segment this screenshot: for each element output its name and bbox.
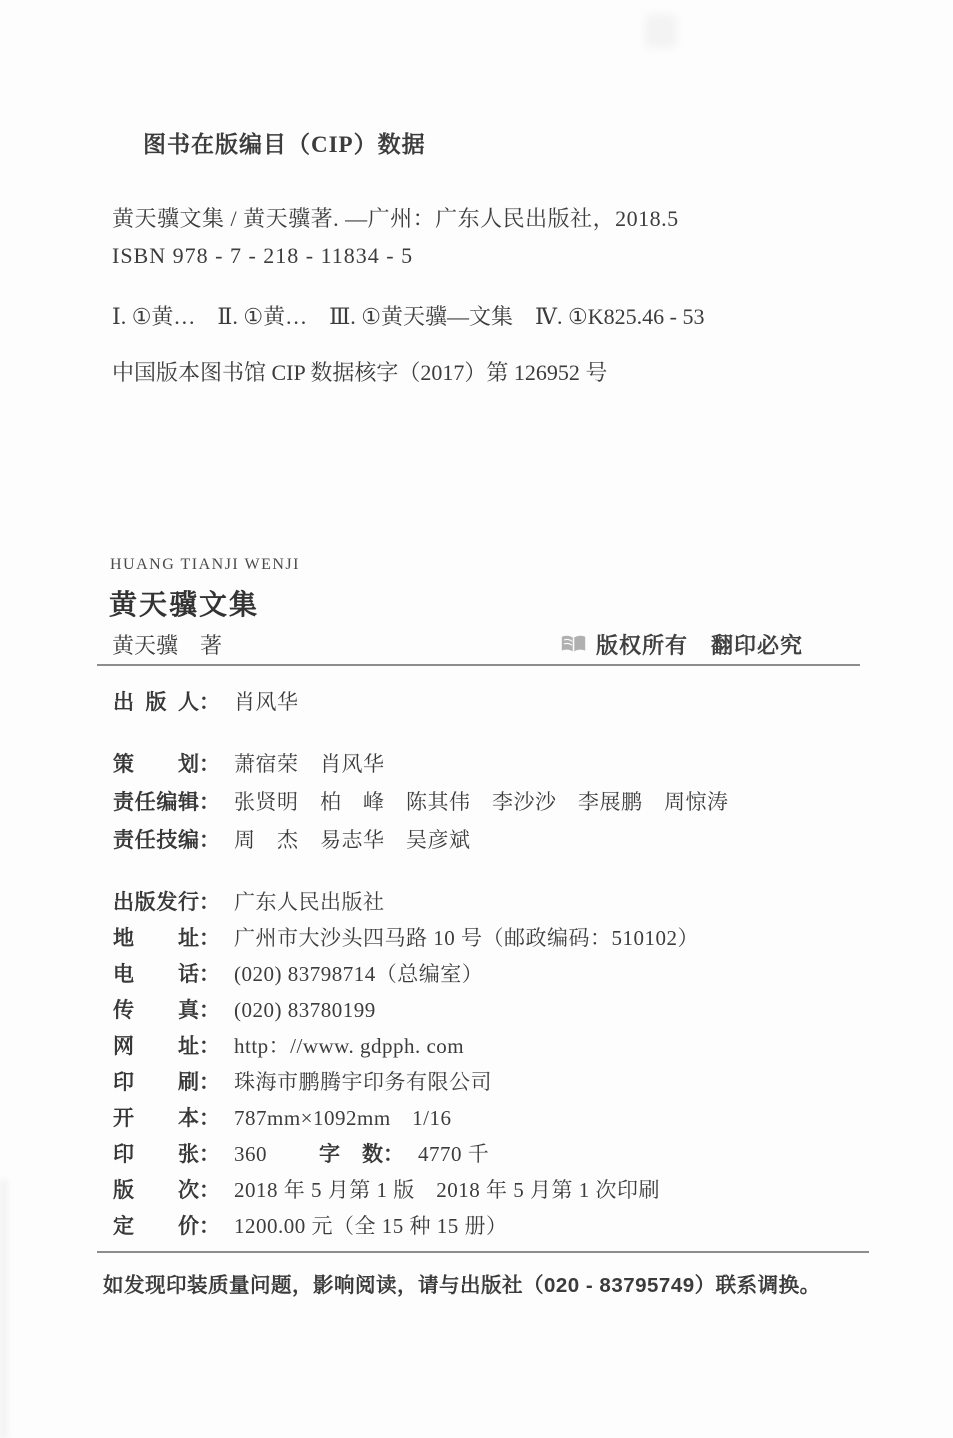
field-value: 2018 年 5 月第 1 版 2018 年 5 月第 1 次印刷 [234, 1174, 660, 1204]
field-label: 地址 [113, 922, 199, 952]
cip-title-line: 黄天骥文集 / 黄天骥著. —广州：广东人民出版社，2018.5 [112, 202, 679, 233]
colon: ： [199, 686, 220, 716]
cip-record-number: 中国版本图书馆 CIP 数据核字（2017）第 126952 号 [112, 356, 607, 387]
field-value: 萧宿荣 肖风华 [234, 748, 385, 778]
colophon-row: 印刷： 珠海市鹏腾宇印务有限公司 [113, 1066, 699, 1102]
colophon-row: 出版发行： 广东人民出版社 [113, 886, 699, 922]
colon: ： [199, 1102, 220, 1132]
colophon-row: 定价： 1200.00 元（全 15 种 15 册） [113, 1210, 699, 1246]
field-value: 360 [234, 1142, 267, 1167]
colon: ： [199, 1210, 220, 1240]
colophon-row: 印张： 360 字数： 4770 千 [113, 1138, 699, 1174]
colophon-row: 开本： 787mm×1092mm 1/16 [113, 1102, 699, 1138]
colophon-row: 传真： (020) 83780199 [113, 994, 699, 1030]
field-label: 出版人 [113, 686, 199, 716]
field-value: 1200.00 元（全 15 种 15 册） [234, 1210, 508, 1240]
book-title: 黄天骥文集 [109, 583, 259, 623]
staff-row: 责任编辑： 张贤明 柏 峰 陈其伟 李沙沙 李展鹏 周惊涛 [113, 786, 729, 824]
divider [97, 664, 860, 666]
colon: ： [199, 1030, 220, 1060]
field-label: 网址 [113, 1030, 199, 1060]
author-line: 黄天骥 著 [112, 629, 222, 660]
field-label: 责任编辑 [113, 786, 199, 816]
colon: ： [199, 994, 220, 1024]
staff-row: 责任技编： 周 杰 易志华 吴彦斌 [113, 824, 729, 862]
field-label: 印刷 [113, 1066, 199, 1096]
colon: ： [199, 824, 220, 854]
field-value: (020) 83780199 [234, 998, 376, 1023]
field-value: 广东人民出版社 [234, 886, 385, 916]
field-label: 电话 [113, 958, 199, 988]
field-label: 传真 [113, 994, 199, 1024]
staff-credits: 策划： 萧宿荣 肖风华 责任编辑： 张贤明 柏 峰 陈其伟 李沙沙 李展鹏 周惊… [113, 748, 729, 862]
romanized-title: HUANG TIANJI WENJI [110, 556, 300, 574]
field-value: 珠海市鹏腾宇印务有限公司 [234, 1066, 492, 1096]
divider [97, 1251, 869, 1253]
colophon: 出版发行： 广东人民出版社 地址： 广州市大沙头四马路 10 号（邮政编码：51… [113, 886, 699, 1246]
colophon-row: 版次： 2018 年 5 月第 1 版 2018 年 5 月第 1 次印刷 [113, 1174, 699, 1210]
field-label: 开本 [113, 1102, 199, 1132]
colophon-row: 地址： 广州市大沙头四马路 10 号（邮政编码：510102） [113, 922, 699, 958]
colon: ： [199, 786, 220, 816]
field-label: 定价 [113, 1210, 199, 1240]
colophon-row: 网址： http：//www. gdpph. com [113, 1030, 699, 1066]
field-value: (020) 83798714（总编室） [234, 958, 483, 988]
field-label: 策划 [113, 748, 199, 778]
open-book-icon [560, 634, 587, 655]
field-label: 字数 [319, 1138, 383, 1168]
colon: ： [199, 922, 220, 952]
publisher-person-row: 出版人： 肖风华 [113, 686, 299, 724]
scan-artifact [645, 14, 677, 48]
colon: ： [199, 748, 220, 778]
staff-row: 策划： 萧宿荣 肖风华 [113, 748, 729, 786]
field-label: 印张 [113, 1138, 199, 1168]
field-value: 广州市大沙头四马路 10 号（邮政编码：510102） [234, 922, 699, 952]
colon: ： [383, 1138, 404, 1168]
field-value: 787mm×1092mm 1/16 [234, 1102, 452, 1132]
field-value: 张贤明 柏 峰 陈其伟 李沙沙 李展鹏 周惊涛 [234, 786, 729, 816]
colon: ： [199, 958, 220, 988]
copyright-notice: 版权所有 翻印必究 [596, 629, 803, 660]
colon: ： [199, 1138, 220, 1168]
quality-notice: 如发现印装质量问题，影响阅读，请与出版社（020 - 83795749）联系调换… [103, 1268, 821, 1298]
field-label: 出版发行 [113, 886, 199, 916]
field-label: 责任技编 [113, 824, 199, 854]
field-value: 周 杰 易志华 吴彦斌 [234, 824, 471, 854]
cip-header: 图书在版编目（CIP）数据 [143, 126, 426, 159]
cip-classification: Ⅰ. ①黄… Ⅱ. ①黄… Ⅲ. ①黄天骥—文集 Ⅳ. ①K825.46 - 5… [112, 300, 704, 331]
field-value: 肖风华 [234, 686, 299, 716]
cip-isbn: ISBN 978 - 7 - 218 - 11834 - 5 [112, 243, 413, 269]
field-value: http：//www. gdpph. com [234, 1030, 464, 1060]
colophon-row: 电话： (020) 83798714（总编室） [113, 958, 699, 994]
copyright-page: 图书在版编目（CIP）数据 黄天骥文集 / 黄天骥著. —广州：广东人民出版社，… [0, 0, 953, 1438]
colon: ： [199, 1174, 220, 1204]
field-value: 4770 千 [418, 1138, 489, 1168]
colon: ： [199, 886, 220, 916]
colon: ： [199, 1066, 220, 1096]
field-label: 版次 [113, 1174, 199, 1204]
copyright-notice-row: 版权所有 翻印必究 [560, 629, 803, 660]
scan-artifact [0, 1180, 7, 1438]
